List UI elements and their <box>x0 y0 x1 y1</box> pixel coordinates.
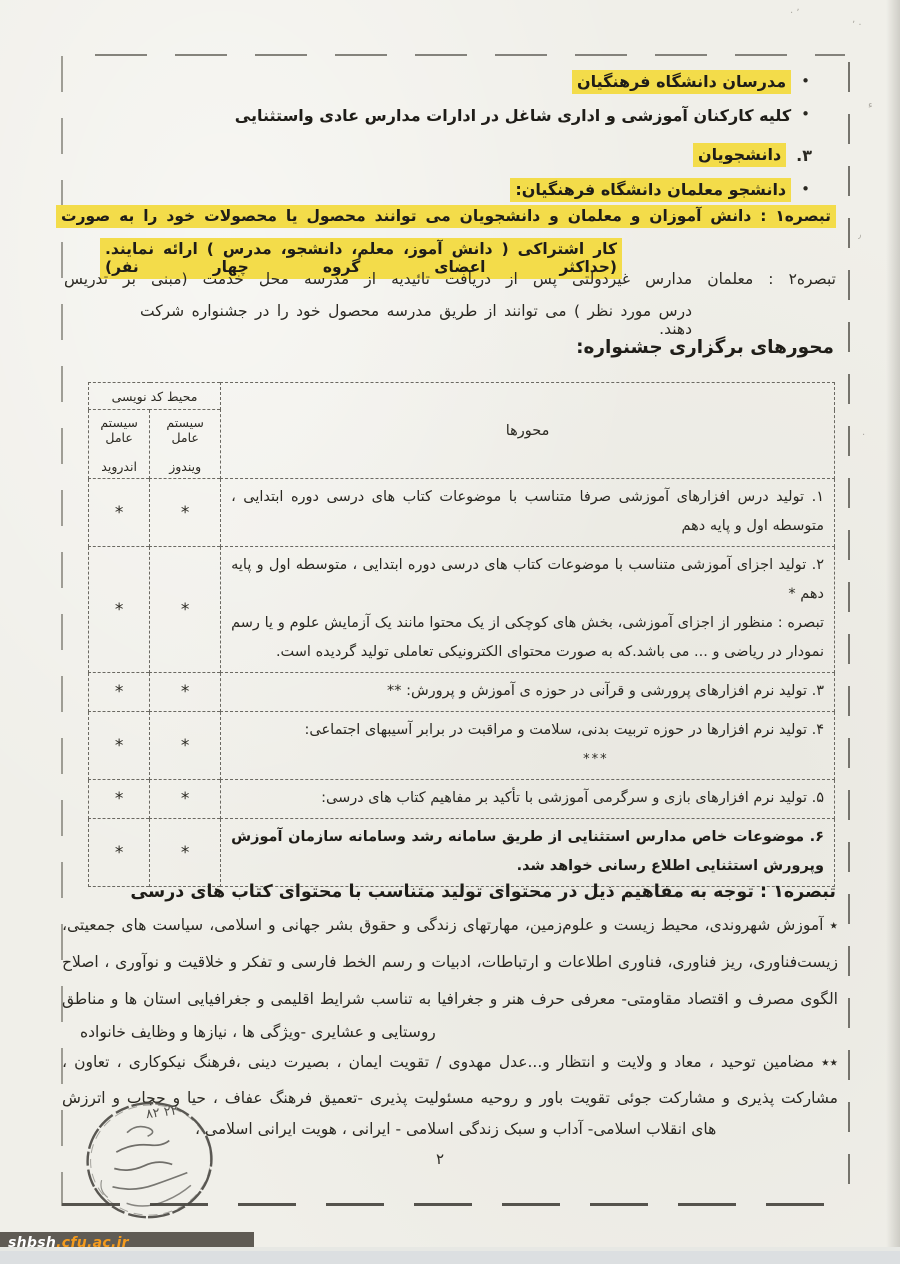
concepts-p1-line4: روستایی و عشایری -ویژگی ها ، نیازها و وظ… <box>80 1023 436 1041</box>
note2-line2: درس مورد نظر ) می توانند از طریق مدرسه م… <box>140 302 692 338</box>
axis-cell: ٢. تولید اجزای آموزشی متناسب با موضوعات … <box>221 547 835 673</box>
note1-line1: تبصره١ : دانش آموزان و معلمان و دانشجویا… <box>56 205 836 228</box>
bullet-item-label: دانشجو معلمان دانشگاه فرهنگیان: <box>510 178 791 202</box>
axis-text: ۴. تولید نرم افزارها در حوزه تربیت بدنی،… <box>231 716 824 745</box>
axis-cell: ۴. تولید نرم افزارها در حوزه تربیت بدنی،… <box>221 712 835 780</box>
windows-mark: * <box>150 479 221 547</box>
axis-text: ۶. موضوعات خاص مدارس استثنایی از طریق سا… <box>231 823 824 881</box>
scan-speck: ٫ <box>858 230 861 241</box>
windows-mark: * <box>150 819 221 887</box>
os-header-line1: سیستم عامل <box>90 415 148 445</box>
axis-text: ٣. تولید نرم افزارهای پرورشی و قرآنی در … <box>231 677 824 706</box>
bullet-item-instructors: • مدرسان دانشگاه فرهنگیان <box>572 70 810 94</box>
page-number: ٢ <box>436 1150 444 1168</box>
column-group-header-coding-env: محیط کد نویسی <box>89 383 221 410</box>
stamp-graphic: ٢٢ ۸۲ <box>68 1087 233 1236</box>
concepts-title: تبصره١ : توجه به مفاهیم ذیل در محتوای تو… <box>130 882 836 902</box>
bullet-item-label: کلیه کارکنان آموزشی و اداری شاغل در ادار… <box>235 106 791 125</box>
axis-cell: ۶. موضوعات خاص مدارس استثنایی از طریق سا… <box>221 819 835 887</box>
concepts-p1-line2: زیست‌فناوری، ریز فناوری، فناوری اطلاعات … <box>62 953 838 971</box>
android-mark: * <box>89 780 150 819</box>
concepts-p1-line3: الگوی مصرف و اقتصاد مقاومتی- معرفی حرف ه… <box>62 990 838 1008</box>
concepts-p1-line1: ٭ آموزش شهروندی، محیط زیست و علوم‌زمین، … <box>62 916 838 934</box>
concepts-p2-line3: های انقلاب اسلامی- آداب و سبک زندگی اسلا… <box>195 1120 716 1138</box>
android-mark: * <box>89 479 150 547</box>
concepts-p2-line1: ٭٭ مضامین توحید ، معاد و ولایت و انتظار … <box>62 1053 838 1071</box>
axis-cell: ٣. تولید نرم افزارهای پرورشی و قرآنی در … <box>221 673 835 712</box>
android-mark: * <box>89 819 150 887</box>
scan-speck: ٬ · <box>790 8 800 19</box>
frame-border-right <box>848 62 850 1206</box>
festival-axes-table: محورها محیط کد نویسی سیستم عامل ویندوز س… <box>88 382 835 887</box>
scan-speck: · <box>862 430 865 441</box>
column-header-android: سیستم عامل اندروید <box>89 410 150 479</box>
axis-text: ۵. تولید نرم افزارهای بازی و سرگرمی آموز… <box>231 784 824 813</box>
android-mark: * <box>89 712 150 780</box>
os-header-line1: سیستم عامل <box>151 415 219 445</box>
table-row: ٢. تولید اجزای آموزشی متناسب با موضوعات … <box>89 547 835 673</box>
table-row: ۶. موضوعات خاص مدارس استثنایی از طریق سا… <box>89 819 835 887</box>
bullet-item-label: مدرسان دانشگاه فرهنگیان <box>572 70 791 94</box>
axis-text: ٢. تولید اجزای آموزشی متناسب با موضوعات … <box>231 551 824 609</box>
android-mark: * <box>89 673 150 712</box>
item-label: دانشجویان <box>693 143 786 167</box>
scan-edge-right <box>886 0 900 1264</box>
table-row: ۵. تولید نرم افزارهای بازی و سرگرمی آموز… <box>89 780 835 819</box>
frame-border-left <box>61 56 63 1206</box>
axis-note-stars: *** <box>231 745 824 774</box>
os-header-line2: اندروید <box>90 459 148 474</box>
column-header-axes: محورها <box>221 383 835 479</box>
windows-mark: * <box>150 673 221 712</box>
note2-line1: تبصره٢ : معلمان مدارس غیردولتی پس از دری… <box>64 270 836 288</box>
table-row: ١. تولید درس افزارهای آموزشی صرفا متناسب… <box>89 479 835 547</box>
windows-mark: * <box>150 780 221 819</box>
section-title-festival-axes: محورهای برگزاری جشنواره: <box>576 337 834 358</box>
axis-note: تبصره : منظور از اجزای آموزشی، بخش های ک… <box>231 609 824 667</box>
scan-speck: · ٬ <box>852 20 862 31</box>
numbered-item-students: ٣. دانشجویان <box>693 143 812 167</box>
windows-mark: * <box>150 712 221 780</box>
bullet-icon: • <box>801 107 810 122</box>
bullet-item-student-teachers: • دانشجو معلمان دانشگاه فرهنگیان: <box>510 178 810 202</box>
windows-mark: * <box>150 547 221 673</box>
table-row: ٣. تولید نرم افزارهای پرورشی و قرآنی در … <box>89 673 835 712</box>
android-mark: * <box>89 547 150 673</box>
axis-cell: ۵. تولید نرم افزارهای بازی و سرگرمی آموز… <box>221 780 835 819</box>
bullet-icon: • <box>801 182 810 197</box>
item-number: ٣. <box>796 146 812 165</box>
stamp-numbers: ٢٢ ۸۲ <box>145 1103 179 1122</box>
scanned-document-page: ٬ · · ٬ ء ٫ · • مدرسان دانشگاه فرهنگیان … <box>0 0 900 1264</box>
official-stamp: ٢٢ ۸۲ <box>68 1087 233 1240</box>
frame-border-top <box>95 54 845 56</box>
os-header-line2: ویندوز <box>151 459 219 474</box>
table-row: ۴. تولید نرم افزارها در حوزه تربیت بدنی،… <box>89 712 835 780</box>
axis-cell: ١. تولید درس افزارهای آموزشی صرفا متناسب… <box>221 479 835 547</box>
scan-speck: ء <box>868 100 873 111</box>
axis-text: ١. تولید درس افزارهای آموزشی صرفا متناسب… <box>231 483 824 541</box>
bullet-item-staff: • کلیه کارکنان آموزشی و اداری شاغل در اد… <box>235 106 810 125</box>
scan-edge-bottom <box>0 1251 900 1264</box>
bullet-icon: • <box>801 74 810 89</box>
column-header-windows: سیستم عامل ویندوز <box>150 410 221 479</box>
